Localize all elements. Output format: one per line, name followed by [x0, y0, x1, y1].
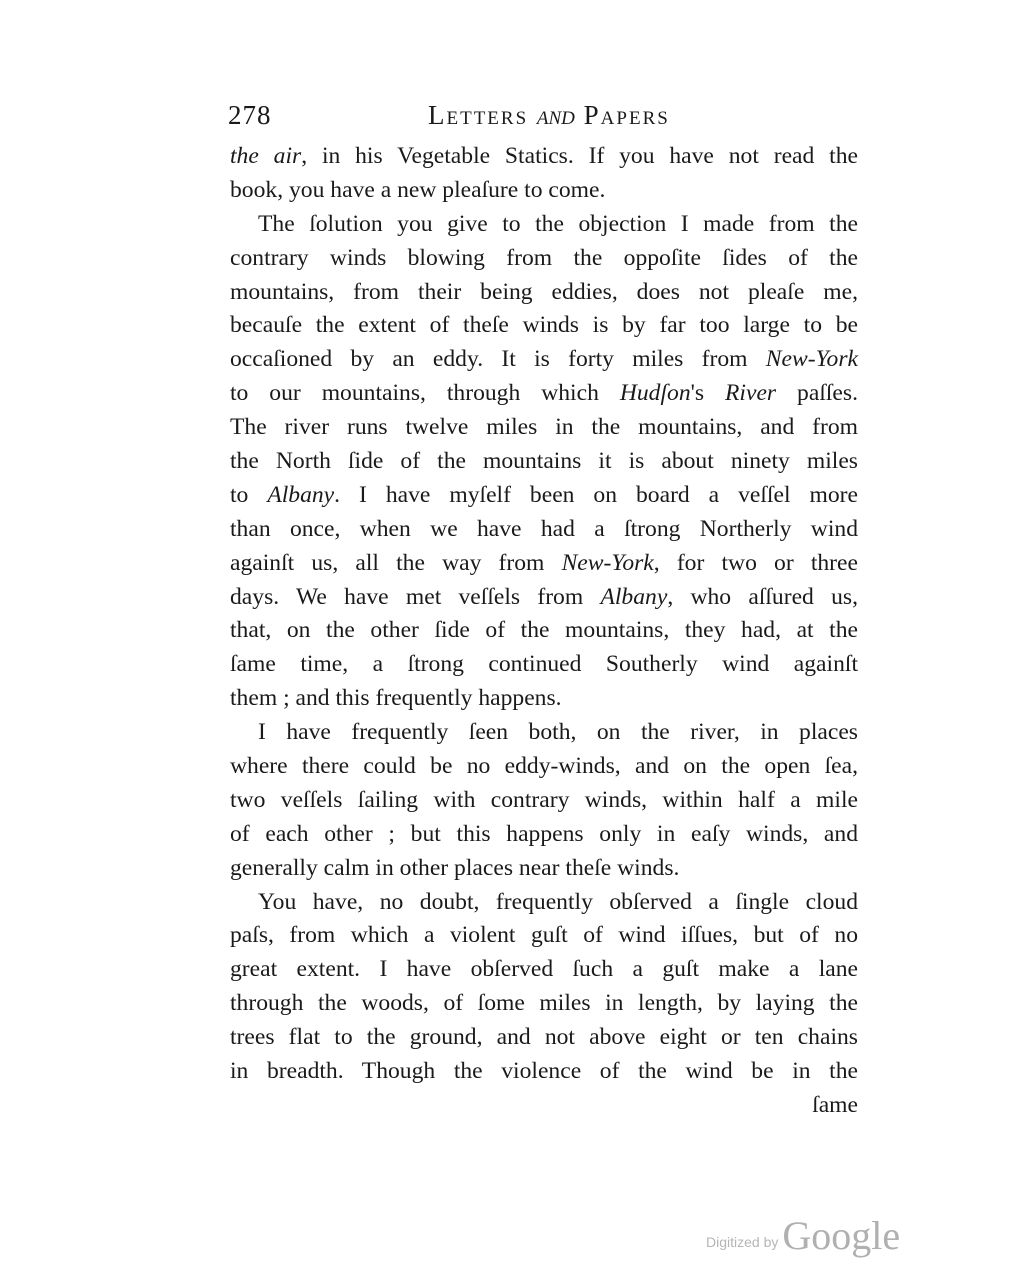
italic-text: Albany [267, 482, 334, 508]
text-line: occaſioned by an eddy. It is forty miles… [230, 343, 858, 377]
text-segment: where there could be no eddy-winds, and … [230, 753, 858, 779]
text-segment: great extent. I have obſerved ſuch a guſ… [230, 956, 858, 982]
text-segment: contrary winds blowing from the oppoſite… [230, 245, 858, 271]
text-segment: The river runs twelve miles in the mount… [230, 414, 858, 440]
text-line: the North ſide of the mountains it is ab… [230, 445, 858, 479]
text-line: to Albany. I have myſelf been on board a… [230, 479, 858, 513]
italic-text: New-York [766, 346, 858, 372]
text-segment: againſt us, all the way from [230, 550, 562, 576]
text-line: You have, no doubt, frequently obſerved … [230, 886, 858, 920]
text-segment: occaſioned by an eddy. It is forty miles… [230, 346, 766, 372]
text-line: paſs, from which a violent guſt of wind … [230, 919, 858, 953]
text-line: than once, when we have had a ſtrong Nor… [230, 513, 858, 547]
text-segment: them ; and this frequently happens. [230, 685, 562, 711]
running-title: Letters and Papers [428, 100, 670, 131]
running-title-letters: Letters [428, 100, 528, 130]
text-segment: to our mountains, through which [230, 380, 620, 406]
text-line: The river runs twelve miles in the mount… [230, 411, 858, 445]
text-line: trees flat to the ground, and not above … [230, 1021, 858, 1055]
text-line: The ſolution you give to the objection I… [230, 208, 858, 242]
catchword: ſame [230, 1089, 858, 1123]
text-line: I have frequently ſeen both, on the rive… [230, 716, 858, 750]
italic-text: Hudſon [620, 380, 691, 406]
text-line: book, you have a new pleaſure to come. [230, 174, 858, 208]
text-segment: trees flat to the ground, and not above … [230, 1024, 858, 1050]
text-segment: becauſe the extent of theſe winds is by … [230, 312, 858, 338]
text-line: mountains, from their being eddies, does… [230, 276, 858, 310]
google-logo-text: Google [782, 1213, 900, 1258]
digitized-by-google-watermark: Digitized by Google [706, 1212, 900, 1259]
text-segment: that, on the other ſide of the mountains… [230, 617, 858, 643]
text-segment: You have, no doubt, frequently obſerved … [258, 889, 858, 915]
text-line: becauſe the extent of theſe winds is by … [230, 309, 858, 343]
text-line: contrary winds blowing from the oppoſite… [230, 242, 858, 276]
text-line: great extent. I have obſerved ſuch a guſ… [230, 953, 858, 987]
text-segment: two veſſels ſailing with contrary winds,… [230, 787, 858, 813]
text-line: to our mountains, through which Hudſon's… [230, 377, 858, 411]
text-line: them ; and this frequently happens. [230, 682, 858, 716]
text-segment: mountains, from their being eddies, does… [230, 279, 858, 305]
text-segment: generally calm in other places near theſ… [230, 855, 679, 881]
text-segment: book, you have a new pleaſure to come. [230, 177, 605, 203]
text-segment: , for two or three [654, 550, 858, 576]
text-segment: The ſolution you give to the objection I… [258, 211, 858, 237]
running-title-and: and [537, 100, 575, 130]
running-title-papers: Papers [584, 100, 670, 130]
text-segment: paſſes. [776, 380, 858, 406]
text-line: of each other ; but this happens only in… [230, 818, 858, 852]
text-segment: , in his Vegetable Statics. If you have … [301, 143, 858, 169]
text-line: days. We have met veſſels from Albany, w… [230, 581, 858, 615]
italic-text: River [725, 380, 776, 406]
text-segment: ſame time, a ſtrong continued Southerly … [230, 651, 858, 677]
text-line: two veſſels ſailing with contrary winds,… [230, 784, 858, 818]
italic-text: Albany [600, 584, 667, 610]
text-line: ſame time, a ſtrong continued Southerly … [230, 648, 858, 682]
text-segment: . I have myſelf been on board a veſſel m… [334, 482, 858, 508]
body-text: the air, in his Vegetable Statics. If yo… [230, 140, 858, 1123]
text-segment: the North ſide of the mountains it is ab… [230, 448, 858, 474]
page-number: 278 [228, 100, 272, 131]
text-segment: to [230, 482, 267, 508]
italic-text: the air [230, 143, 301, 169]
text-segment: 's [691, 380, 725, 406]
text-line: in breadth. Though the violence of the w… [230, 1055, 858, 1089]
text-segment: days. We have met veſſels from [230, 584, 600, 610]
text-line: that, on the other ſide of the mountains… [230, 614, 858, 648]
text-segment: through the woods, of ſome miles in leng… [230, 990, 858, 1016]
text-segment: , who aſſured us, [667, 584, 858, 610]
text-line: through the woods, of ſome miles in leng… [230, 987, 858, 1021]
text-segment: paſs, from which a violent guſt of wind … [230, 922, 858, 948]
watermark-prefix: Digitized by [706, 1234, 778, 1250]
text-line: where there could be no eddy-winds, and … [230, 750, 858, 784]
text-segment: than once, when we have had a ſtrong Nor… [230, 516, 858, 542]
text-segment: I have frequently ſeen both, on the rive… [258, 719, 858, 745]
book-page: 278 Letters and Papers the air, in his V… [230, 100, 858, 1123]
text-segment: of each other ; but this happens only in… [230, 821, 858, 847]
text-line: the air, in his Vegetable Statics. If yo… [230, 140, 858, 174]
text-line: againſt us, all the way from New-York, f… [230, 547, 858, 581]
italic-text: New-York [562, 550, 654, 576]
running-head: 278 Letters and Papers [230, 100, 858, 140]
text-segment: in breadth. Though the violence of the w… [230, 1058, 858, 1084]
text-line: generally calm in other places near theſ… [230, 852, 858, 886]
